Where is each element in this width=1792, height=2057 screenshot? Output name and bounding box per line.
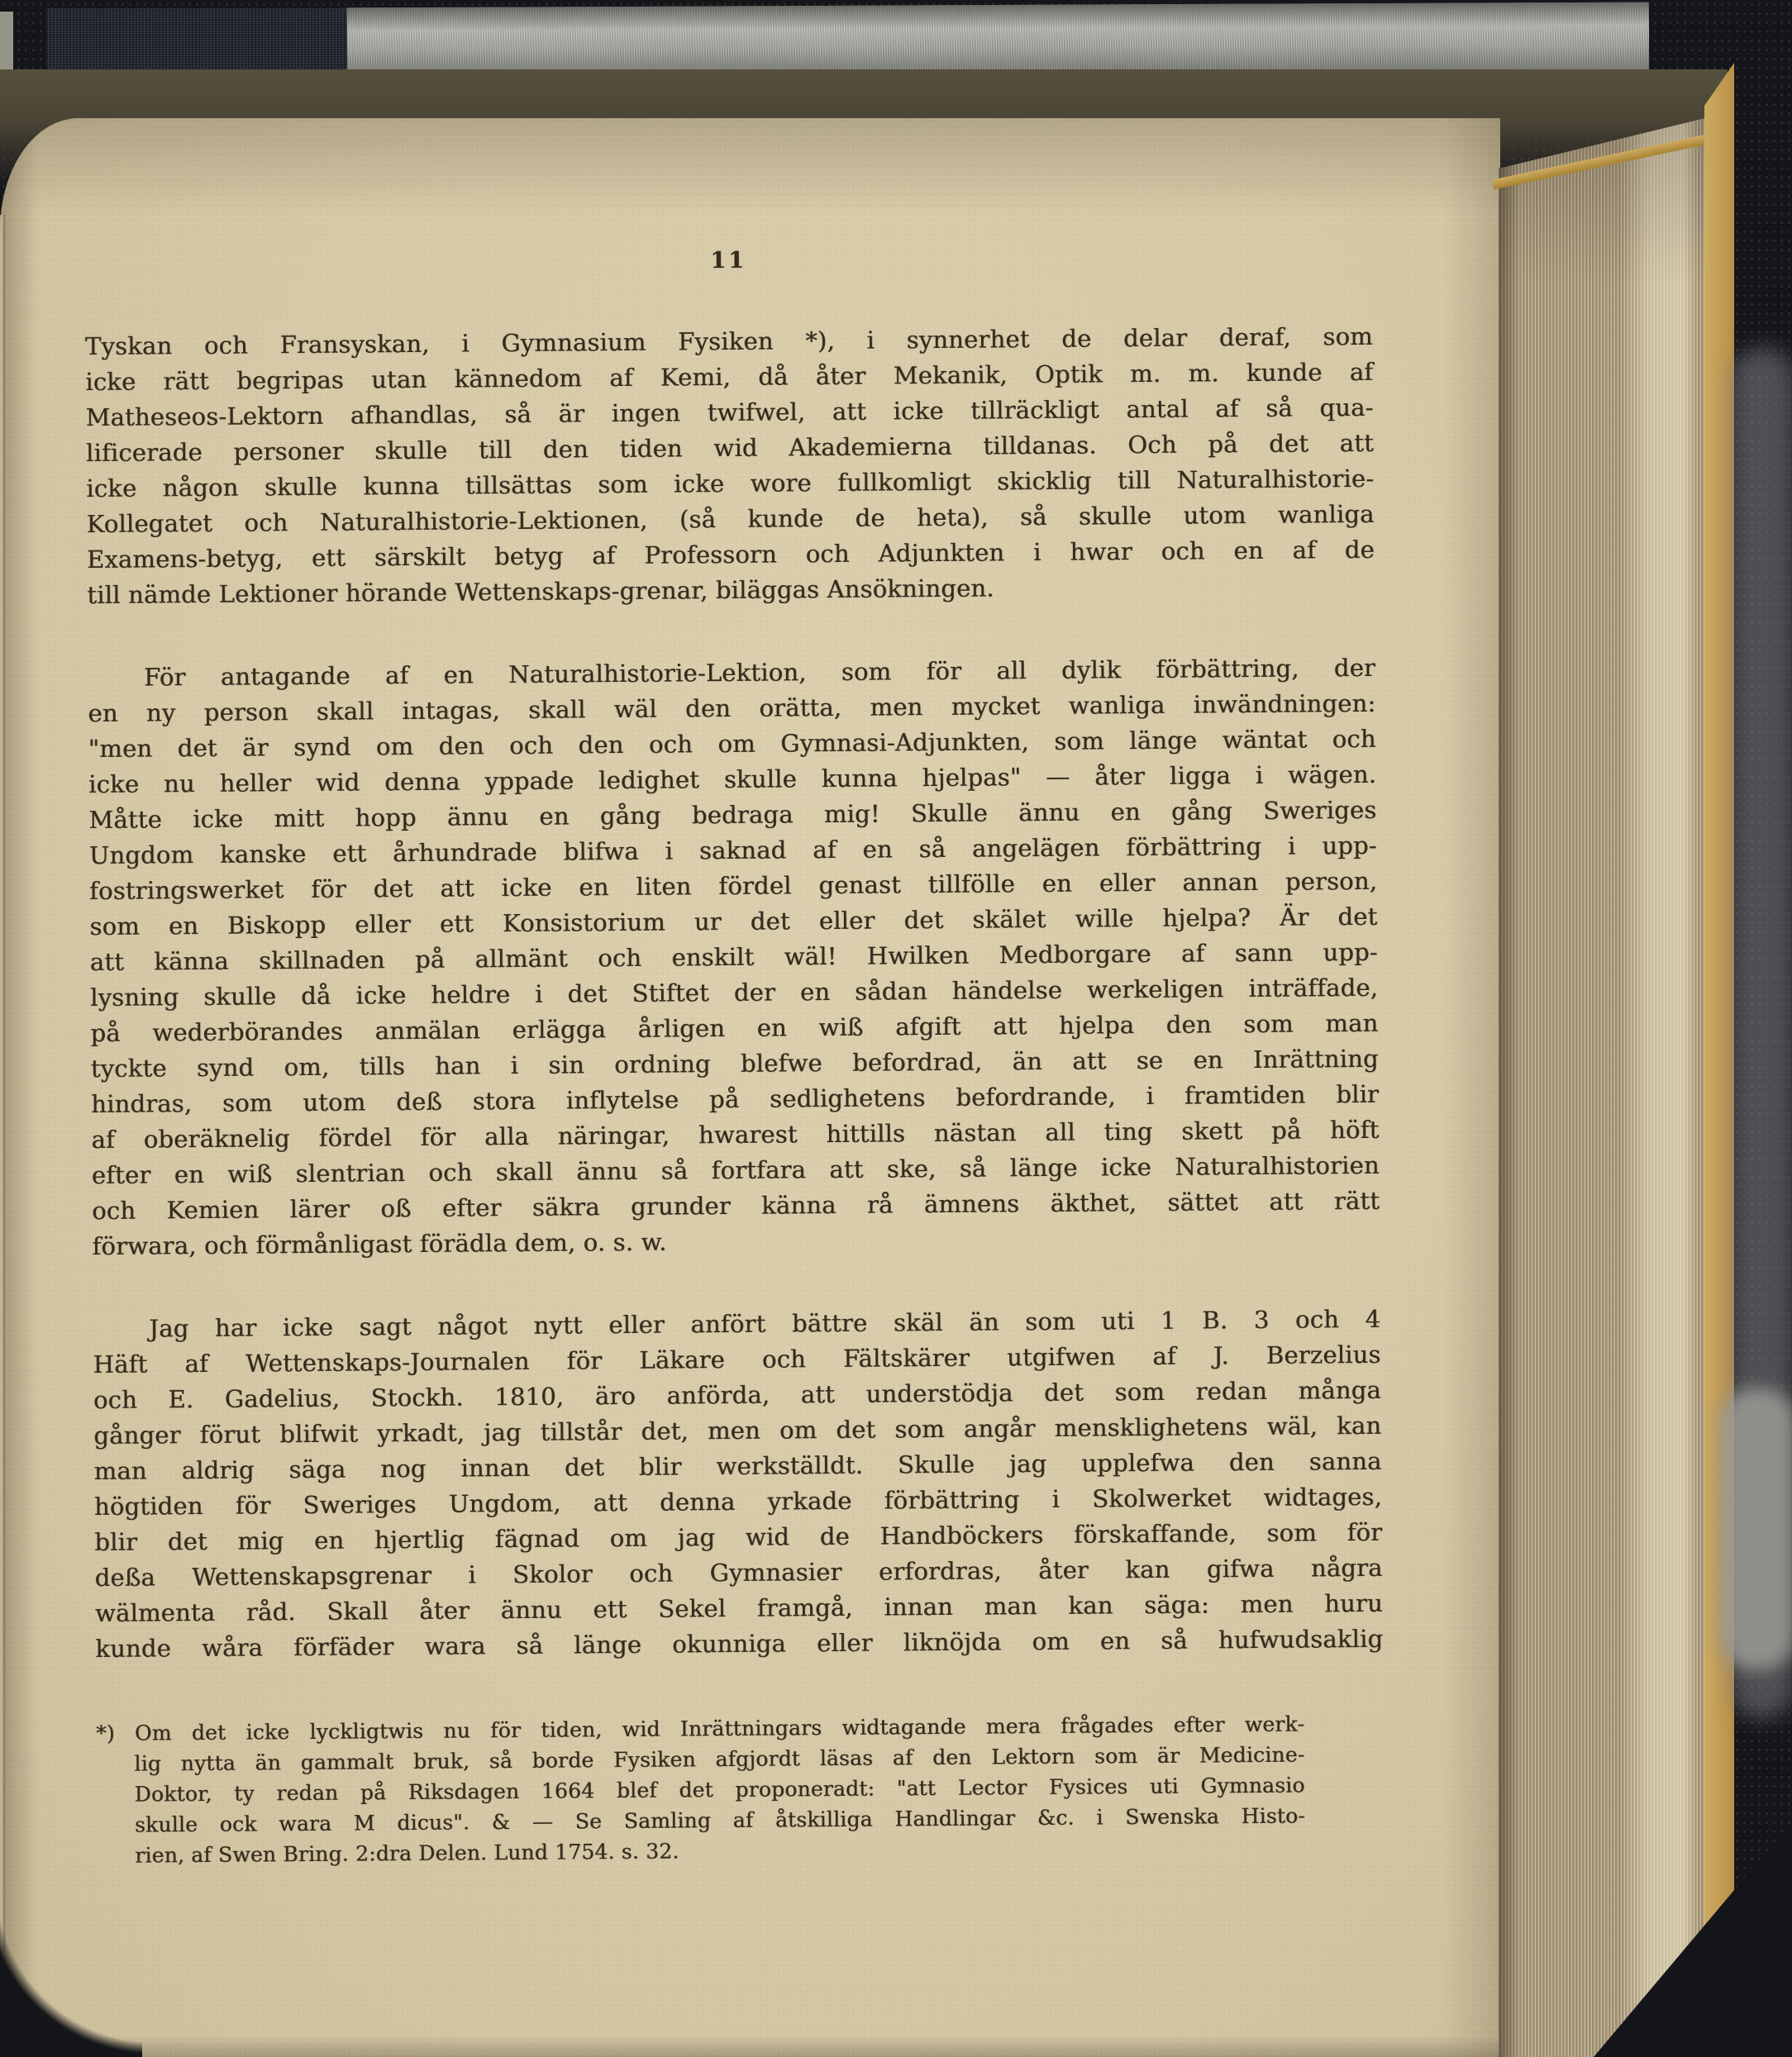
underlying-page-edge bbox=[0, 215, 8, 1950]
paragraph: För antagande af en Naturalhistorie-Lekt… bbox=[88, 650, 1380, 1264]
body-text: Tyskan och Fransyskan, i Gymnasium Fysik… bbox=[85, 319, 1384, 1667]
fore-edge-pages bbox=[1499, 106, 1709, 2057]
page-corner-curl bbox=[0, 1898, 142, 2057]
background-felt bbox=[1719, 1388, 1792, 1669]
left-edge-sliver bbox=[0, 12, 13, 76]
paragraph: Jag har icke sagt något nytt eller anför… bbox=[93, 1302, 1383, 1667]
page-text: 11 Tyskan och Fransyskan, i Gymnasium Fy… bbox=[84, 243, 1385, 1871]
paragraph: Tyskan och Fransyskan, i Gymnasium Fysik… bbox=[85, 319, 1375, 613]
footnote: *) Om det icke lyckligtwis nu för tiden,… bbox=[96, 1709, 1305, 1871]
book-scan: 11 Tyskan och Fransyskan, i Gymnasium Fy… bbox=[0, 0, 1792, 2057]
